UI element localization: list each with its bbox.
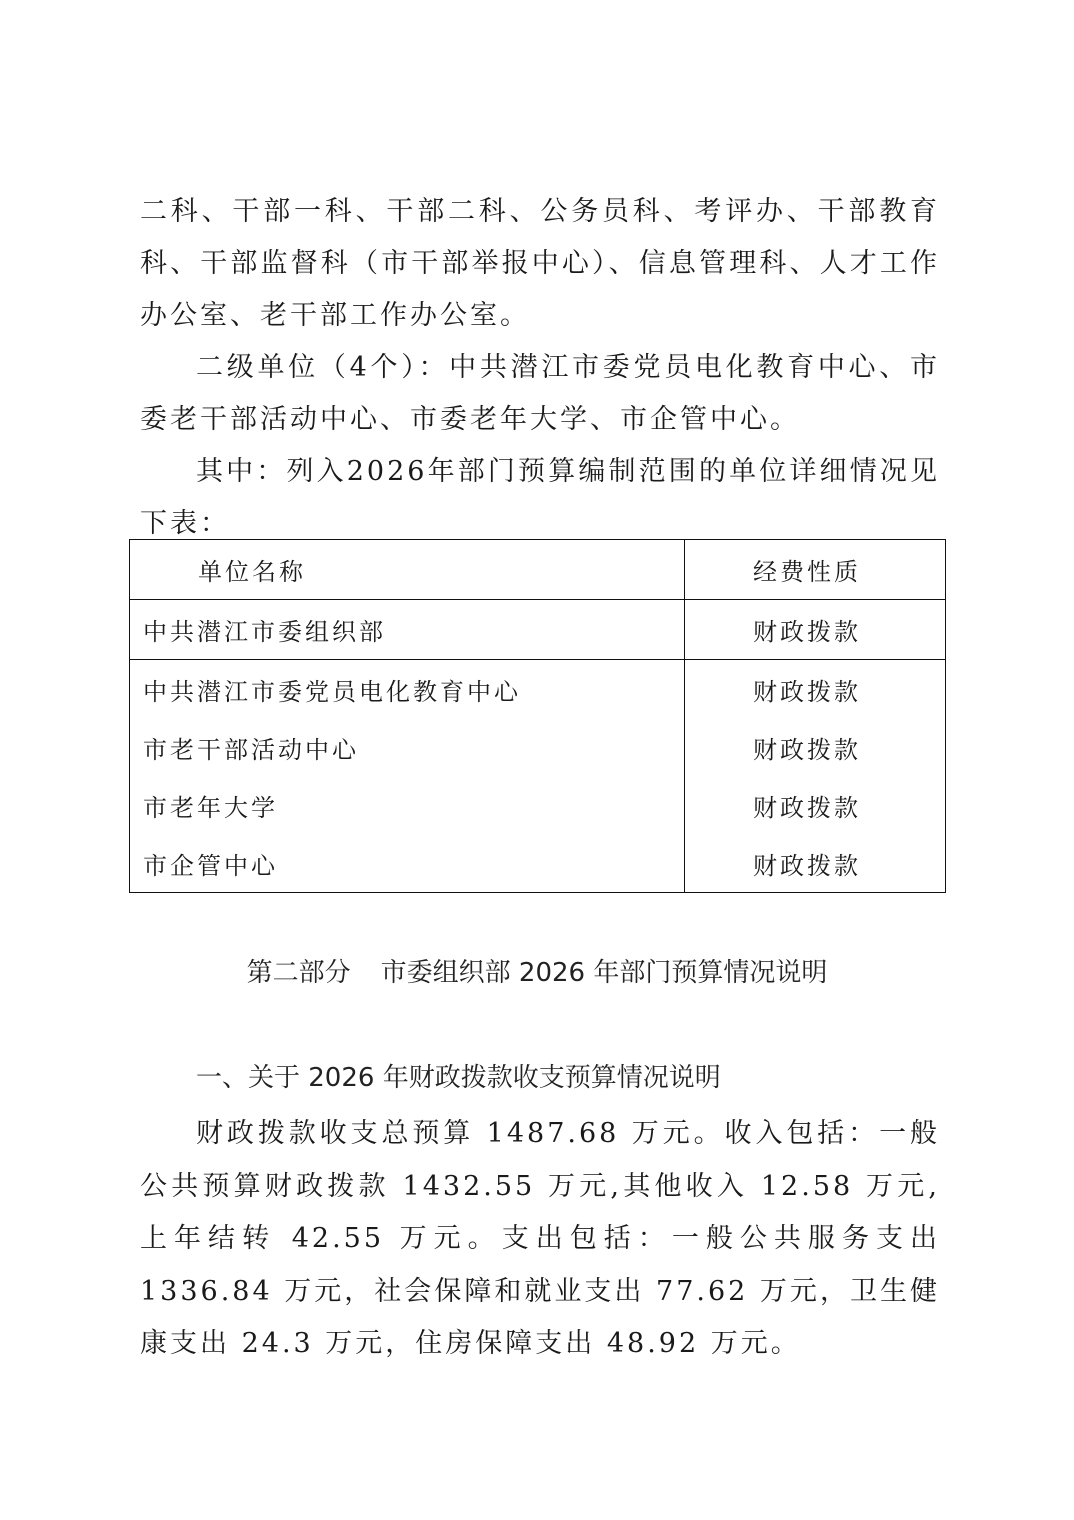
table-header-row: 单位名称 经费性质	[130, 540, 946, 600]
units-table: 单位名称 经费性质 中共潜江市委组织部 财政拨款 中共潜江市委党员电化教育中心 …	[129, 539, 946, 893]
section-heading: 第二部分市委组织部 2026 年部门预算情况说明	[0, 953, 1074, 993]
budget-summary-paragraph: 财政拨款收支总预算 1487.68 万元。收入包括：一般公共预算财政拨款 143…	[140, 1108, 940, 1371]
funding-type-cell: 财政拨款	[685, 660, 946, 719]
intro-paragraph-secondary-units: 二级单位（4个）：中共潜江市委党员电化教育中心、市委老干部活动中心、市委老年大学…	[140, 342, 940, 446]
funding-type-cell: 财政拨款	[685, 776, 946, 834]
unit-name-cell: 中共潜江市委党员电化教育中心	[130, 660, 685, 719]
unit-name-cell: 市老干部活动中心	[130, 718, 685, 776]
table-row: 中共潜江市委组织部 财政拨款	[130, 600, 946, 660]
table-row: 中共潜江市委党员电化教育中心 财政拨款	[130, 660, 946, 719]
funding-type-cell: 财政拨款	[685, 834, 946, 893]
unit-name-cell: 市企管中心	[130, 834, 685, 893]
unit-name-cell: 中共潜江市委组织部	[130, 600, 685, 660]
section-part-label: 第二部分	[247, 958, 351, 988]
header-unit-name: 单位名称	[130, 540, 685, 600]
subsection-heading: 一、关于 2026 年财政拨款收支预算情况说明	[196, 1058, 721, 1098]
section-heading-text: 市委组织部 2026 年部门预算情况说明	[381, 958, 828, 988]
unit-name-cell: 市老年大学	[130, 776, 685, 834]
table-row: 市老年大学 财政拨款	[130, 776, 946, 834]
header-funding-type: 经费性质	[685, 540, 946, 600]
funding-type-cell: 财政拨款	[685, 718, 946, 776]
intro-paragraph-departments: 二科、干部一科、干部二科、公务员科、考评办、干部教育科、干部监督科（市干部举报中…	[140, 186, 940, 342]
document-page: 二科、干部一科、干部二科、公务员科、考评办、干部教育科、干部监督科（市干部举报中…	[0, 0, 1074, 1520]
table-row: 市企管中心 财政拨款	[130, 834, 946, 893]
intro-paragraph-table-lead: 其中：列入2026年部门预算编制范围的单位详细情况见下表：	[140, 446, 940, 550]
table-row: 市老干部活动中心 财政拨款	[130, 718, 946, 776]
funding-type-cell: 财政拨款	[685, 600, 946, 660]
